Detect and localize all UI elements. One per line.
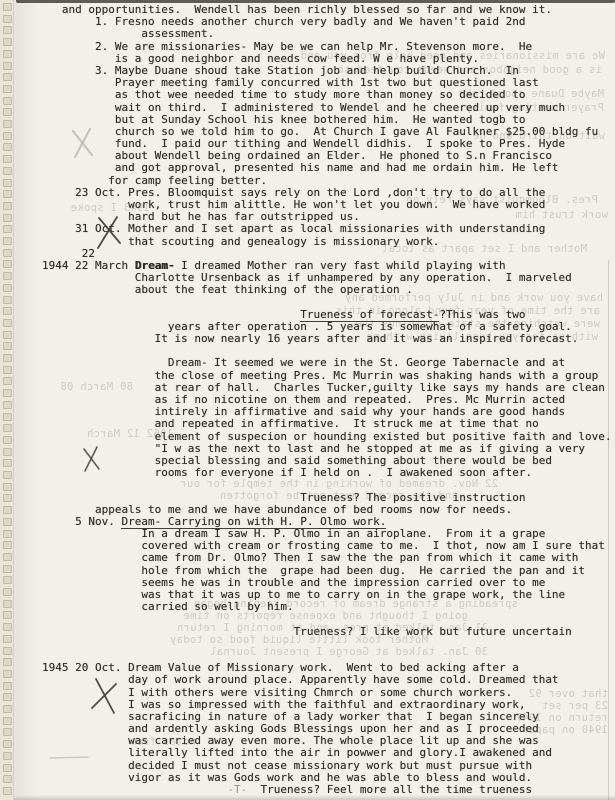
binding-hole [3, 120, 12, 128]
binding-hole [3, 752, 12, 760]
text-segment: Trueness? Feel more all the time truenes… [247, 783, 532, 796]
binding-hole [3, 26, 12, 34]
text-line: carried so well by him. [42, 601, 612, 613]
text-segment: but at Sunday School his knee bothered h… [42, 113, 525, 126]
binding-hole [3, 611, 12, 619]
binding-hole [3, 307, 12, 315]
binding-hole [3, 576, 12, 584]
binding-hole [3, 179, 12, 187]
text-segment: 2. We are missionaries- May be we can he… [42, 40, 532, 53]
binding-hole [3, 319, 12, 327]
text-segment: "I w as the next to last and he stopped … [42, 442, 585, 455]
text-segment: ?This was two [439, 308, 525, 321]
text-segment: 5 Nov. [42, 515, 121, 528]
binding-hole [3, 167, 12, 175]
text-segment: intirely in affirmative and said why you… [42, 405, 565, 418]
text-segment: 23 Oct. Pres. Bloomquist says rely on th… [42, 186, 545, 199]
binding-hole [3, 272, 12, 280]
binding-hole [3, 693, 12, 701]
text-segment: as if no nicotine on them and repeated. … [42, 393, 565, 406]
binding-hole [3, 553, 12, 561]
binding-hole [3, 38, 12, 46]
text-segment: Dream- [135, 259, 175, 272]
text-segment: literally lifted into the air in powwer … [42, 746, 552, 759]
binding-hole [3, 401, 12, 409]
text-segment: about Wendell being ordained an Elder. H… [42, 149, 552, 162]
text-segment: years after operation . 5 years is somew… [42, 320, 572, 333]
text-segment: was carried away even more. The whole pl… [42, 734, 539, 747]
binding-hole [3, 260, 12, 268]
binding-hole [3, 366, 12, 374]
binding-hole [3, 50, 12, 58]
text-segment: I with others were visiting Chmrch or so… [42, 686, 512, 699]
binding-hole [3, 225, 12, 233]
binding-hole [3, 108, 12, 116]
binding-hole [3, 284, 12, 292]
binding-hole [3, 15, 12, 23]
binding-hole [3, 62, 12, 70]
binding-hole [3, 424, 12, 432]
binding-edge [0, 0, 14, 800]
text-segment: -T- [227, 783, 247, 796]
binding-hole [3, 705, 12, 713]
binding-hole [3, 202, 12, 210]
text-segment: hard but he has far outstripped us. [42, 210, 360, 223]
binding-hole [3, 249, 12, 257]
binding-hole [3, 530, 12, 538]
text-segment: was that it was up to me to carry on in … [42, 588, 565, 601]
binding-hole [3, 471, 12, 479]
binding-hole [3, 237, 12, 245]
text-segment: carried so well by him. [42, 600, 294, 613]
binding-hole [3, 623, 12, 631]
typed-text: and opportunities. Wendell has been rich… [42, 4, 612, 796]
text-segment: is a good neighbor and needs cow feed. W… [42, 52, 479, 65]
binding-hole [3, 682, 12, 690]
binding-hole [3, 436, 12, 444]
text-segment: Prayer meeting family concurred with 1st… [42, 76, 539, 89]
text-segment: about the feat thinking of the operation… [42, 283, 413, 296]
text-segment: for camp feeling better. [42, 174, 267, 187]
text-segment: decided I must not cease missionary work… [42, 759, 532, 772]
scanned-page: We are missionaries and need help from y… [0, 0, 615, 800]
text-segment: appeals to me and we have abundance of b… [42, 503, 512, 516]
text-segment: 31 Oct. Mother and I set apart as local … [42, 222, 545, 235]
text-segment: and ardently asking Gods Blessings upon … [42, 722, 539, 735]
text-segment: and opportunities. Wendell has been rich… [42, 3, 552, 16]
text-segment: It is now nearly 16 years after and it w… [42, 332, 578, 345]
binding-hole [3, 97, 12, 105]
text-segment: and repeated in affirmative. It struck m… [42, 417, 539, 430]
binding-hole [3, 331, 12, 339]
text-line [42, 638, 612, 650]
binding-hole [3, 155, 12, 163]
text-line: Trueness? I like work but future uncerta… [42, 626, 612, 638]
text-segment: fund. I paid our tithing and Wendell did… [42, 137, 565, 150]
text-segment: 1945 20 Oct. Dream Value of Missionary w… [42, 661, 519, 674]
text-segment: church so we told him to go. At Church I… [42, 125, 598, 138]
text-segment: came from Dr. Olmo? Then I saw the the p… [42, 551, 578, 564]
binding-hole [3, 73, 12, 81]
text-segment: the close of meeting Pres. Mc Murrin was… [42, 369, 598, 382]
binding-hole [3, 541, 12, 549]
text-segment: 1944 22 March [42, 259, 135, 272]
text-line: rooms for everyone if I held on . I awak… [42, 467, 612, 479]
binding-hole [3, 132, 12, 140]
text-segment: and got approval, presented his name and… [42, 161, 559, 174]
text-segment: special blessing and said something abou… [42, 454, 552, 467]
text-segment: day of work around place. Apparently hav… [42, 673, 559, 686]
text-segment: In a dream I saw H. P. Olmo in an airopl… [42, 527, 545, 540]
text-segment: covered with cream or frosting came to m… [42, 539, 605, 552]
text-segment: assessment. [42, 27, 214, 40]
binding-hole [3, 518, 12, 526]
binding-hole [3, 787, 12, 795]
binding-hole [3, 494, 12, 502]
text-segment: hole from which the grape had been dug. … [42, 564, 585, 577]
binding-hole [3, 448, 12, 456]
binding-hole [3, 143, 12, 151]
text-line: -T- Trueness? Feel more all the time tru… [42, 784, 612, 796]
text-segment: 22 [42, 247, 95, 260]
binding-hole [3, 3, 12, 11]
binding-hole [3, 483, 12, 491]
text-line: about the feat thinking of the operation… [42, 284, 612, 296]
binding-hole [3, 296, 12, 304]
text-segment: Trueness? The positive instruction [42, 491, 525, 504]
binding-hole [3, 764, 12, 772]
text-segment: Trueness? I like work but future uncerta… [42, 625, 572, 638]
binding-hole [3, 588, 12, 596]
binding-hole [3, 214, 12, 222]
binding-hole [3, 190, 12, 198]
binding-hole [3, 670, 12, 678]
text-segment: as thot wee needed time to study more th… [42, 88, 525, 101]
binding-hole [3, 740, 12, 748]
binding-hole [3, 635, 12, 643]
binding-hole [3, 775, 12, 783]
text-line: It is now nearly 16 years after and it w… [42, 333, 612, 345]
binding-hole [3, 377, 12, 385]
text-segment: wait on third. I administered to Wendel … [42, 101, 565, 114]
binding-hole [3, 413, 12, 421]
binding-hole [3, 389, 12, 397]
binding-hole [3, 717, 12, 725]
text-segment: sacraficing in nature of a lady worker t… [42, 710, 539, 723]
text-segment: work, trust him alittle. He won't let yo… [42, 198, 545, 211]
text-segment: Dream- It seemed we were in the St. Geor… [42, 356, 565, 369]
text-segment [42, 308, 300, 321]
text-segment: element of suspecion or hounding existed… [42, 430, 612, 443]
text-segment: Charlotte Ursenback as if unhampered by … [42, 271, 572, 284]
binding-hole [3, 647, 12, 655]
text-segment: I was so impressed with the faithful and… [42, 698, 525, 711]
binding-hole [3, 459, 12, 467]
text-segment: I dreamed Mother ran very fast whild pla… [174, 259, 505, 272]
binding-hole [3, 85, 12, 93]
text-segment: at rear of hall. Charles Tucker,guilty l… [42, 381, 605, 394]
text-segment: vigor as it was Gods work and he was abl… [42, 771, 532, 784]
binding-hole [3, 354, 12, 362]
binding-hole [3, 658, 12, 666]
text-segment: that scouting and genealogy is missionar… [42, 235, 439, 248]
text-segment: seems he was in trouble and the impressi… [42, 576, 545, 589]
binding-hole [3, 342, 12, 350]
binding-hole [3, 600, 12, 608]
text-segment: rooms for everyone if I held on . I awak… [42, 466, 532, 479]
binding-hole [3, 506, 12, 514]
binding-hole [3, 565, 12, 573]
binding-shadow [14, 0, 42, 800]
text-segment [42, 783, 227, 796]
text-segment: 1. Fresno needs another church very badl… [42, 15, 525, 28]
binding-hole [3, 728, 12, 736]
text-segment: 3. Maybe Duane shoud take Station job an… [42, 64, 519, 77]
text-line: that scouting and genealogy is missionar… [42, 236, 612, 248]
